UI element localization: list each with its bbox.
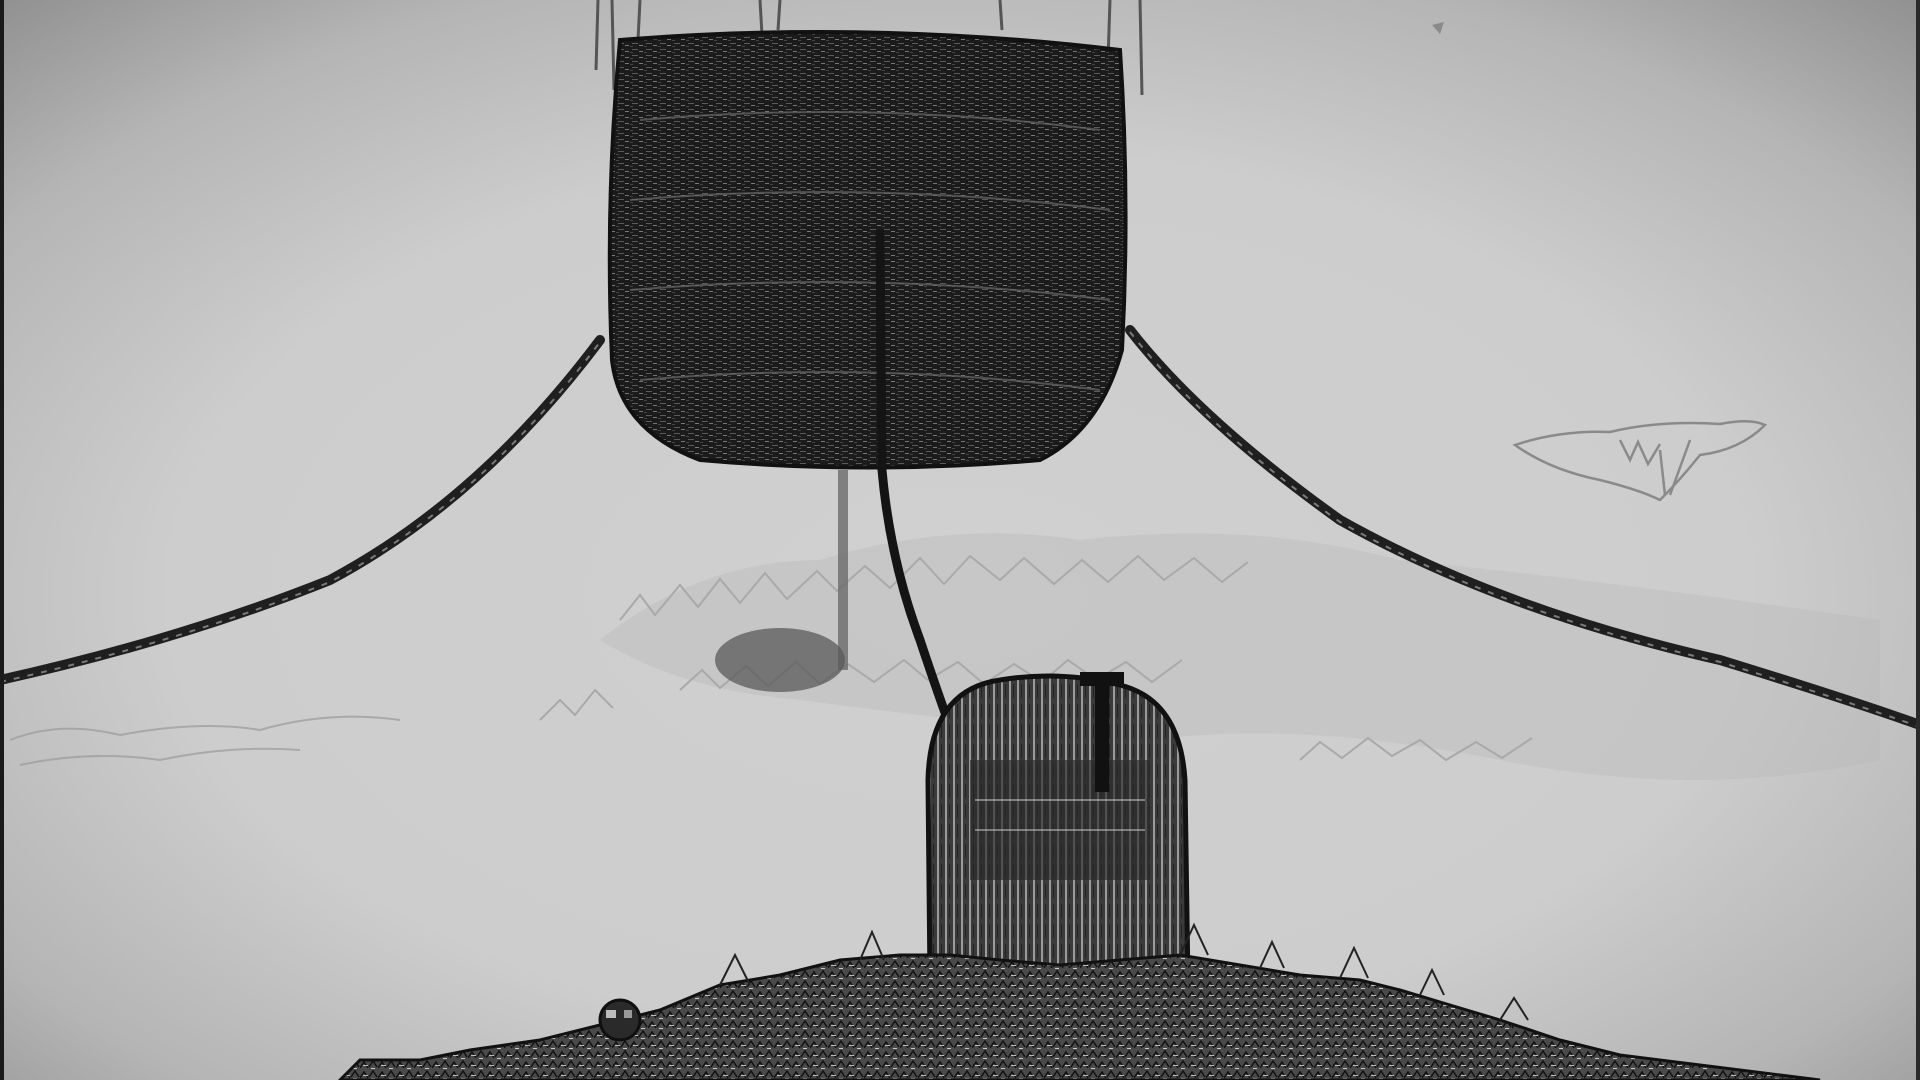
post-shadow: [838, 470, 848, 670]
booth[interactable]: [928, 672, 1188, 985]
frame-edge-left: [0, 0, 4, 1080]
player-character[interactable]: [600, 1000, 640, 1040]
game-scene[interactable]: Sketch world scene: [0, 0, 1920, 1080]
post-shadow-base: [715, 628, 845, 692]
frame-edge-right: [1916, 0, 1920, 1080]
hanging-block[interactable]: [596, 0, 1142, 468]
